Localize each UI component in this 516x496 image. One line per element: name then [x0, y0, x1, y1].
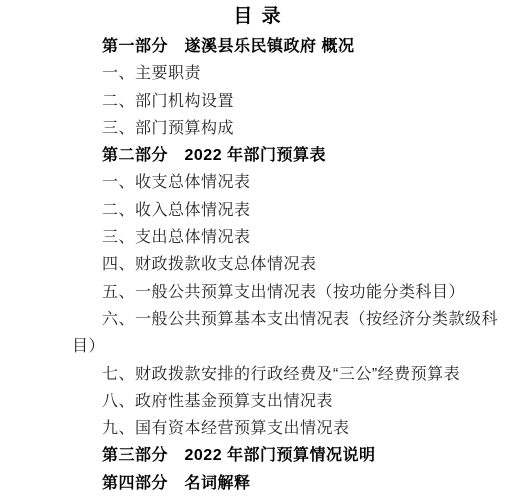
- toc-entry: 一、主要职责: [0, 60, 516, 87]
- toc-entry: 三、支出总体情况表: [0, 224, 516, 251]
- toc-page: 目 录 第一部分 遂溪县乐民镇政府 概况 一、主要职责 二、部门机构设置 三、部…: [0, 0, 516, 496]
- toc-list: 第一部分 遂溪县乐民镇政府 概况 一、主要职责 二、部门机构设置 三、部门预算构…: [0, 33, 516, 496]
- toc-page-title: 目 录: [0, 0, 516, 28]
- toc-entry: 四、财政拨款收支总体情况表: [0, 251, 516, 278]
- toc-entry: 二、部门机构设置: [0, 88, 516, 115]
- toc-entry: 六、一般公共预算基本支出情况表（按经济分类款级科: [0, 306, 516, 333]
- toc-entry-continuation: 目）: [0, 333, 516, 360]
- toc-entry: 九、国有资本经营预算支出情况表: [0, 415, 516, 442]
- toc-entry: 七、财政拨款安排的行政经费及“三公”经费预算表: [0, 361, 516, 388]
- toc-section-heading-part1: 第一部分 遂溪县乐民镇政府 概况: [0, 33, 516, 60]
- toc-entry: 三、部门预算构成: [0, 115, 516, 142]
- toc-section-heading-part4: 第四部分 名词解释: [0, 470, 516, 496]
- toc-section-heading-part2: 第二部分 2022 年部门预算表: [0, 142, 516, 169]
- toc-entry: 八、政府性基金预算支出情况表: [0, 388, 516, 415]
- toc-section-heading-part3: 第三部分 2022 年部门预算情况说明: [0, 442, 516, 469]
- toc-entry: 二、收入总体情况表: [0, 197, 516, 224]
- toc-entry: 五、一般公共预算支出情况表（按功能分类科目）: [0, 279, 516, 306]
- toc-entry: 一、收支总体情况表: [0, 169, 516, 196]
